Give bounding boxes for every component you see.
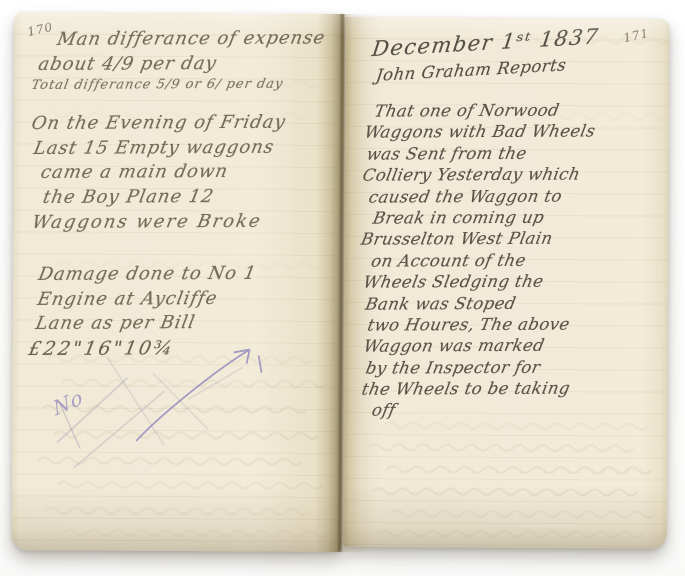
handwritten-line: Break in coming up [371,207,663,230]
pencil-note: No [50,385,85,421]
handwritten-line: Last 15 Empty waggons [31,136,339,162]
handwritten-line: That one of Norwood [372,100,662,123]
pencil-hatch-marks [57,358,243,469]
handwritten-line: two Houres, The above [366,314,664,337]
handwritten-line: Waggons were Broke [30,210,340,236]
handwritten-line: Lane as per Bill [33,312,340,338]
page-number: 171 [622,26,650,45]
pencil-arrow-icon [136,349,261,442]
handwritten-line: Damage done to No 1 [36,263,340,289]
handwritten-line: On the Evening of Friday [29,112,339,138]
handwritten-line: Brusselton West Plain [359,228,663,251]
handwritten-line: Wheels Sledging the [361,271,663,294]
left-page: 170 Man differance of expense about 4/9 … [12,12,345,552]
handwritten-line: Colliery Yesterday which [361,164,663,187]
right-page-text: That one of Norwood Waggons with Bad Whe… [358,100,660,422]
entry-heading: December 1ˢᵗ 1837 John Graham Reports [371,24,601,85]
photo-backdrop: 170 Man differance of expense about 4/9 … [0,0,685,576]
handwritten-line: off [370,400,664,423]
handwritten-line: the Wheels to be taking [360,378,664,401]
handwritten-line: on Account of the [369,250,663,273]
handwritten-line: was Sent from the [365,143,663,166]
handwritten-line: Bank was Stoped [363,293,663,316]
left-page-text: Man differance of expense about 4/9 per … [29,27,336,362]
handwritten-line: Man differance of expense [55,27,339,53]
handwritten-line: caused the Waggon to [367,186,663,209]
handwritten-line: about 4/9 per day [36,52,339,78]
handwritten-line: the Boy Plane 12 [41,185,340,211]
handwritten-line: Total differance 5/9 or 6/ per day [29,77,338,100]
handwritten-line: Waggons with Bad Wheels [363,121,663,144]
handwritten-line: Engine at Aycliffe [35,287,340,313]
handwritten-line: £22"16"10¾ [26,336,340,362]
handwritten-line: by the Inspector for [364,357,664,380]
handwritten-line: came a main down [38,161,339,187]
right-page: 171 December 1ˢᵗ 1837 John Graham Report… [343,17,670,549]
handwritten-line: Waggon was marked [362,335,664,358]
open-notebook: 170 Man differance of expense about 4/9 … [12,12,670,553]
